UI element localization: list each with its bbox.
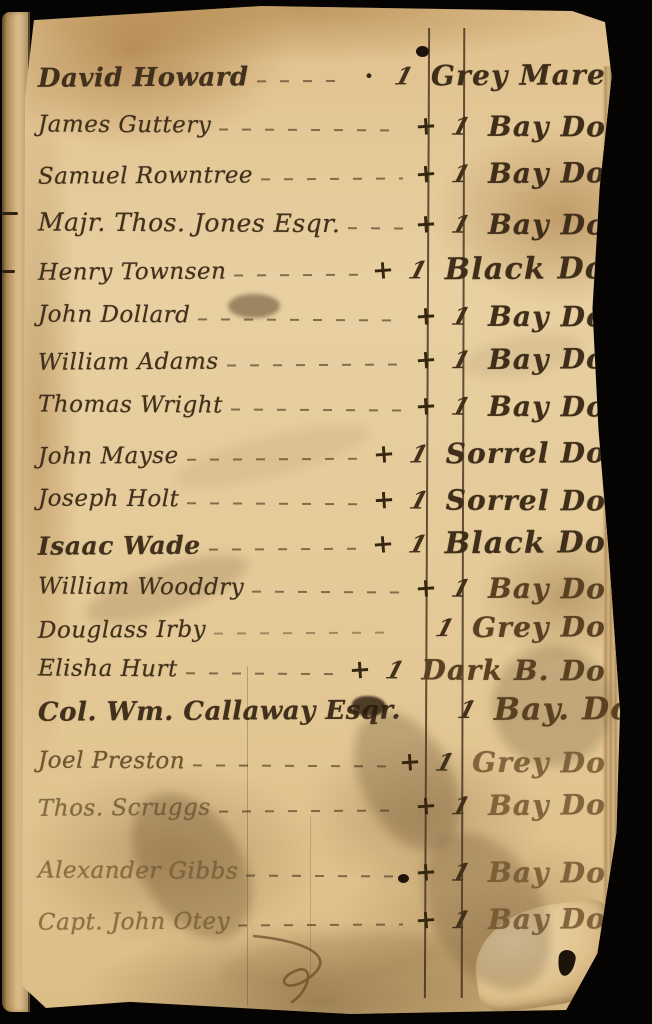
ledger-row: Samuel Rowntree+1Bay Do [32,148,606,201]
tally-cross-mark: + [408,210,444,238]
person-name: John Mayse [32,442,179,469]
leader-dashes [238,923,403,926]
ledger-row: Douglass Irby1Grey Do [32,606,606,651]
horse-description: Grey Do [463,610,606,644]
tally-cross-mark: + [408,906,444,935]
leader-dashes [187,502,360,505]
horse-description: Bay Do [479,572,606,606]
tally-cross-mark: + [365,256,401,285]
ledger-row: William Adams+1Bay Do [32,336,606,385]
horse-description: Grey Mare [422,58,606,92]
leader-dashes [234,273,359,276]
ledger-rows: David Howard·1Grey MareJames Guttery+1Ba… [32,52,606,943]
leader-dashes [219,809,403,812]
tally-cross-mark: + [392,748,428,776]
ink-smudge [228,294,280,318]
tally-cross-mark: + [408,392,444,420]
tally-cross-mark: + [408,792,444,821]
tally-cross-mark: + [408,112,444,140]
tally-cross-mark: + [365,530,401,559]
gutter-ink-tick [2,270,15,273]
tally-count: 1 [382,61,426,90]
leader-dashes [214,631,387,634]
pen-flourish [240,928,370,1006]
ledger-row: Thomas Wright+1Bay Do [32,381,606,429]
ledger-row: Majr. Thos. Jones Esqr.+1Bay Do [32,197,606,249]
tally-count: 1 [396,529,440,558]
ledger-row: John Mayse+1Sorrel Do [32,430,606,479]
tally-count: 1 [439,302,483,331]
person-name: John Dollard [32,301,191,328]
horse-description: Bay Do [479,208,606,242]
person-name: Joseph Holt [32,485,179,512]
leader-dashes [219,128,403,131]
leader-dashes [193,764,387,767]
horse-description: Bay Do [479,300,606,334]
ledger-row: Joel Preston+1Grey Do [32,737,606,785]
horse-description: Bay Do [479,110,606,144]
ledger-row: Isaac Wade+1Black Do [32,520,606,569]
horse-description: Bay. Do [485,691,633,728]
ledger-page: David Howard·1Grey MareJames Guttery+1Ba… [22,6,620,1014]
leader-dashes [246,874,403,877]
horse-description: Bay Do [479,156,606,190]
leader-dashes [187,457,361,460]
person-name: Douglass Irby [32,616,206,643]
horse-description: Grey Do [463,746,606,780]
tally-count: 1 [445,695,489,724]
leader-dashes [198,318,403,321]
horse-description: Bay Do [479,788,606,822]
tally-count: 1 [439,905,483,934]
tally-count: 1 [439,858,483,887]
tally-cross-mark: + [408,574,444,602]
leader-dashes [252,590,403,593]
leader-dashes [231,408,403,411]
horse-description: Black Do [436,251,607,287]
leader-dashes [209,547,360,550]
person-name: Isaac Wade [32,531,201,561]
ledger-row: Joseph Holt+1Sorrel Do [32,475,606,523]
tally-cross-mark [415,709,449,712]
ledger-row: James Guttery+1Bay Do [32,99,606,151]
tally-count: 1 [396,255,440,284]
leader-dashes [257,79,346,82]
leader-dashes [261,177,403,180]
person-name: William Wooddry [32,573,244,600]
horse-description: Bay Do [479,856,606,890]
person-name: Henry Townsen [32,258,227,285]
ink-blot [416,46,429,57]
horse-description: Bay Do [479,390,606,424]
ledger-row: Alexander Gibbs+1Bay Do [32,847,606,895]
person-name: William Adams [32,348,219,375]
tally-count: 1 [439,791,483,820]
ledger-row: William Wooddry+1Bay Do [32,565,606,609]
person-name: Capt. John Otey [32,908,230,935]
ink-smudge [352,696,386,716]
horse-description: Black Do [436,525,607,561]
tally-count: 1 [439,345,483,374]
person-name: David Howard [32,62,249,93]
person-name: Thos. Scruggs [32,794,211,821]
horse-description: Sorrel Do [437,436,607,470]
ledger-row: Henry Townsen+1Black Do [32,246,606,295]
leader-dashes [227,363,403,366]
tally-cross-mark: + [408,302,444,330]
ledger-row: David Howard·1Grey Mare [32,50,606,103]
leader-dashes [348,227,403,229]
tally-count: 1 [423,613,467,642]
tally-cross-mark [393,627,427,630]
ink-blot [398,874,409,883]
tally-count: 1 [439,210,483,239]
tally-cross-mark: + [408,858,444,886]
horse-description: Dark B. Do [412,653,606,687]
person-name: Samuel Rowntree [32,162,253,189]
tally-count: 1 [423,748,467,777]
horse-description: Bay Do [479,342,606,376]
tally-cross-mark: + [366,486,402,514]
horse-description: Bay Do [479,902,606,936]
manuscript-photo: David Howard·1Grey MareJames Guttery+1Ba… [0,0,652,1024]
tally-cross-mark: + [366,440,402,469]
tally-cross-mark: · [351,62,387,91]
ledger-row: Elisha Hurt+1Dark B. Do [32,647,606,691]
tally-cross-mark: + [342,656,378,684]
horse-description: Sorrel Do [437,484,607,518]
person-name: Joel Preston [32,747,185,774]
tally-count: 1 [439,159,483,188]
tally-cross-mark: + [408,346,444,375]
tally-count: 1 [397,439,441,468]
tally-cross-mark: + [408,160,444,189]
ledger-row: Thos. Scruggs+1Bay Do [32,782,606,831]
gutter-ink-tick [2,212,18,215]
tally-count: 1 [439,392,483,421]
ledger-row: Col. Wm. Callaway Esqr.1Bay. Do [32,688,606,733]
leader-dashes [186,672,337,675]
person-name: Elisha Hurt [32,655,178,682]
tally-count: 1 [396,485,440,514]
tally-count: 1 [439,574,483,603]
person-name: Majr. Thos. Jones Esqr. [32,207,341,238]
ledger-row: John Dollard+1Bay Do [32,291,606,339]
person-name: Col. Wm. Callaway Esqr. [32,695,401,727]
person-name: Thomas Wright [32,391,223,418]
tally-count: 1 [439,112,483,141]
person-name: James Guttery [32,111,211,138]
tally-count: 1 [372,655,416,684]
person-name: Alexander Gibbs [32,857,238,884]
